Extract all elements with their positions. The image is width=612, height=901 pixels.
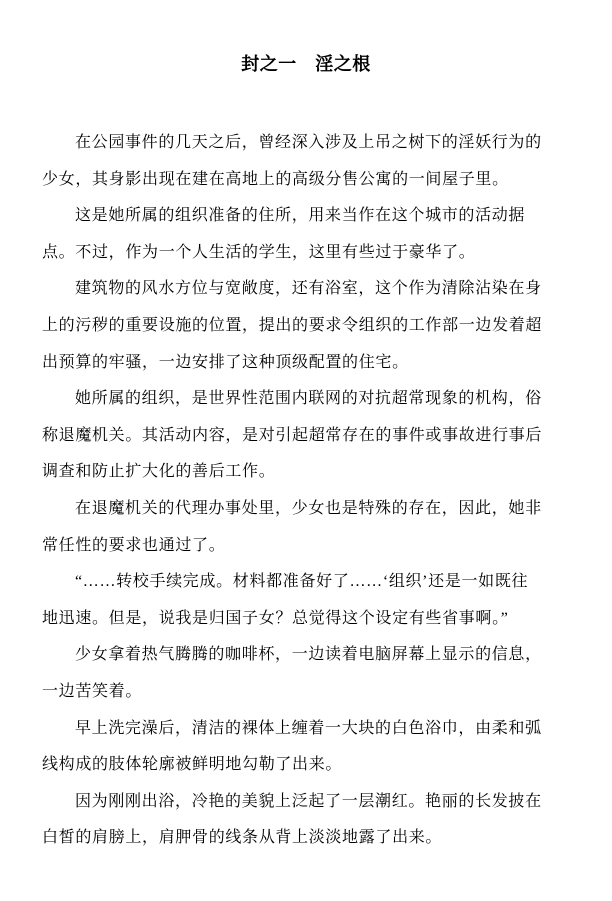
paragraph: “……转校手续完成。材料都准备好了……‘组织’还是一如既往地迅速。但是，说我是归…	[42, 564, 544, 637]
paragraph: 建筑物的风水方位与宽敞度，还有浴室，这个作为清除沾染在身上的污秽的重要设施的位置…	[42, 271, 544, 381]
paragraph: 在公园事件的几天之后，曾经深入涉及上吊之树下的淫妖行为的少女，其身影出现在建在高…	[42, 125, 544, 198]
paragraph: 在退魔机关的代理办事处里，少女也是特殊的存在，因此，她非常任性的要求也通过了。	[42, 491, 544, 564]
paragraph: 早上洗完澡后，清洁的裸体上缠着一大块的白色浴巾，由柔和弧线构成的肢体轮廓被鲜明地…	[42, 711, 544, 784]
paragraph: 她所属的组织，是世界性范围内联网的对抗超常现象的机构，俗称退魔机关。其活动内容，…	[42, 381, 544, 491]
chapter-title: 封之一 淫之根	[42, 51, 570, 77]
paragraph: 这是她所属的组织准备的住所，用来当作在这个城市的活动据点。不过，作为一个人生活的…	[42, 198, 544, 271]
document-page: 封之一 淫之根 在公园事件的几天之后，曾经深入涉及上吊之树下的淫妖行为的少女，其…	[0, 0, 612, 901]
paragraph: 因为刚刚出浴，冷艳的美貌上泛起了一层潮红。艳丽的长发披在白皙的肩膀上，肩胛骨的线…	[42, 784, 544, 857]
paragraph: 少女拿着热气腾腾的咖啡杯，一边读着电脑屏幕上显示的信息，一边苦笑着。	[42, 637, 544, 710]
body-text: 在公园事件的几天之后，曾经深入涉及上吊之树下的淫妖行为的少女，其身影出现在建在高…	[42, 125, 544, 857]
